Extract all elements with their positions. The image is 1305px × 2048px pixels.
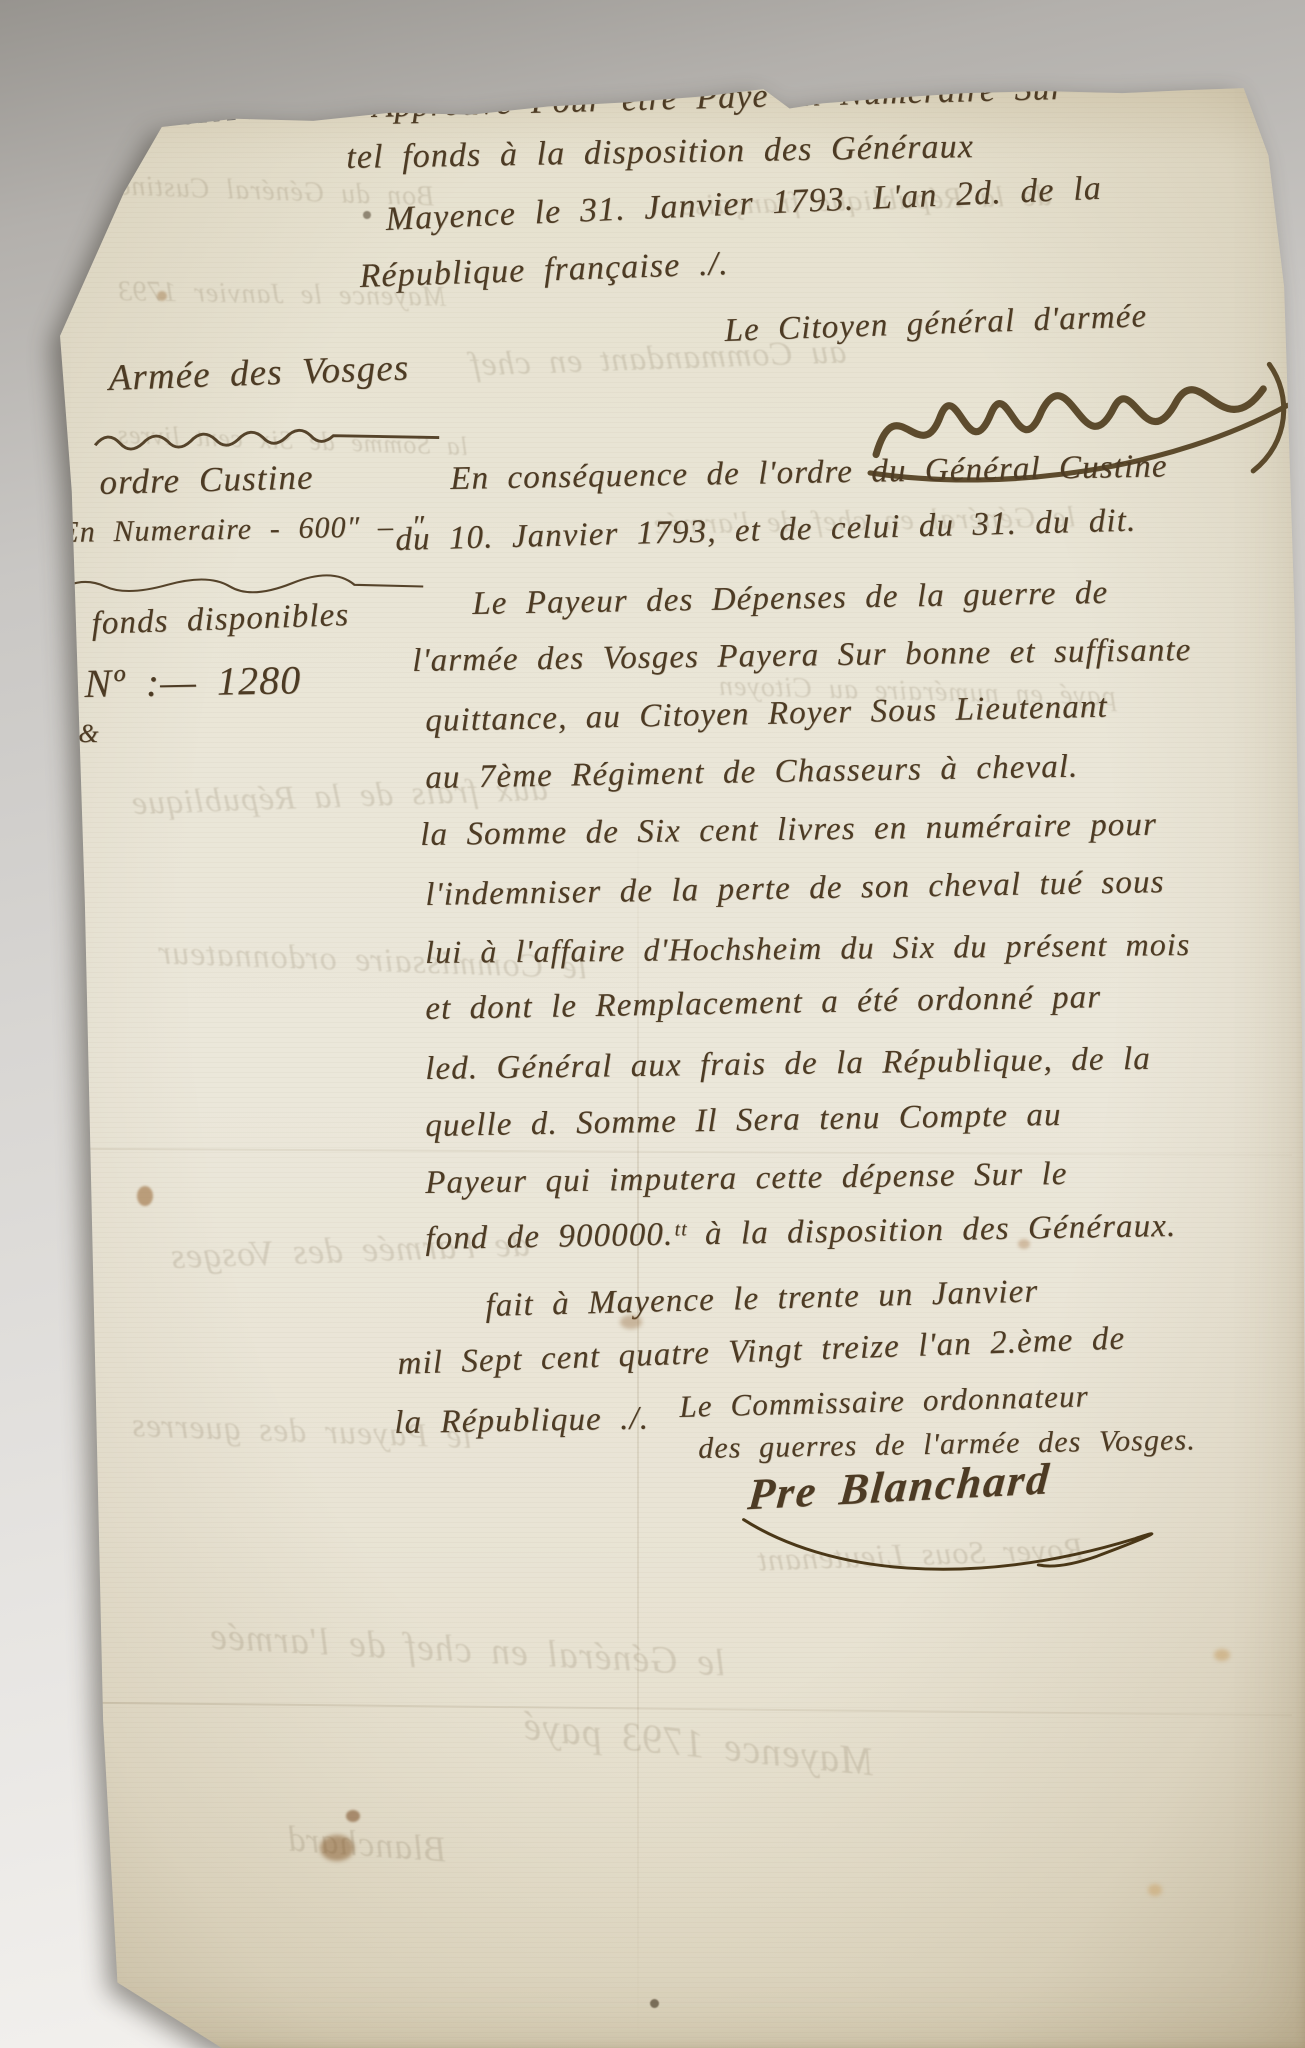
approval-line: Approuvé Pour être Payé en Numeraire Sur [372, 72, 1066, 124]
stain [1214, 1649, 1230, 1661]
body-line: du 10. Janvier 1793, et de celui du 31. … [395, 505, 1137, 557]
margin-fonds: fonds disponibles [91, 599, 350, 641]
manuscript-page: du Régiment de Chasseurs à cheval Bon du… [0, 0, 1305, 2048]
body-line: quelle d. Somme Il Sera tenu Compte au [425, 1099, 1062, 1143]
photo-backdrop: du Régiment de Chasseurs à cheval Bon du… [0, 0, 1305, 2048]
body-line: Le Payeur des Dépenses de la guerre de [472, 577, 1108, 621]
approval-signoff: Le Citoyen général d'armée [724, 301, 1148, 349]
stain [650, 1999, 659, 2008]
body-line: fond de 900000.ᵗᵗ à la disposition des G… [425, 1210, 1177, 1256]
body-line: lui à l'affaire d'Hochsheim du Six du pr… [425, 928, 1191, 968]
approval-line: Mayence le 31. Janvier 1793. L'an 2d. de… [385, 171, 1103, 236]
stain [137, 1186, 153, 1206]
dateline-line: mil Sept cent quatre Vingt treize l'an 2… [397, 1322, 1126, 1380]
pencil-annotation: Custine [95, 80, 265, 140]
approval-line: République française ./. [359, 247, 729, 294]
margin-numeraire: En Numeraire - 600″ – ″ [60, 512, 425, 548]
body-line: quittance, au Citoyen Royer Sous Lieuten… [425, 690, 1108, 737]
fold-line [78, 1148, 1292, 1156]
bleedthrough-text: du Régiment de Chasseurs à cheval [391, 47, 892, 98]
closing-line: Le Commissaire ordonnateur [679, 1380, 1089, 1422]
approval-line: tel fonds à la disposition des Généraux [346, 130, 974, 175]
stain [1148, 1884, 1162, 1896]
margin-number: Nº :— 1280 [84, 660, 302, 704]
body-line: Payeur qui imputera cette dépense Sur le [425, 1158, 1068, 1200]
margin-order: ordre Custine [99, 459, 314, 500]
body-line: et dont le Remplacement a été ordonné pa… [425, 981, 1101, 1026]
margin-flourish [60, 575, 425, 600]
fold-line [91, 1702, 1292, 1717]
margin-heading: Armée des Vosges [108, 350, 410, 397]
stain [363, 211, 371, 219]
body-line: l'armée des Vosges Payera Sur bonne et s… [412, 634, 1192, 678]
closing-line: des guerres de l'armée des Vosges. [698, 1425, 1196, 1464]
body-line: led. Général aux frais de la République,… [425, 1043, 1151, 1086]
body-line: au 7ème Régiment de Chasseurs à cheval. [425, 750, 1079, 794]
blanchard-flourish [731, 1505, 1175, 1607]
margin-flourish [91, 428, 443, 457]
dateline-line: la République ./. [394, 1403, 649, 1440]
body-line: l'indemniser de la perte de son cheval t… [425, 866, 1165, 912]
stain [346, 1810, 360, 1822]
body-line: la Somme de Six cent livres en numéraire… [420, 809, 1157, 852]
dateline-line: fait à Mayence le trente un Janvier [485, 1276, 1039, 1323]
margin-mark: & [78, 721, 99, 747]
